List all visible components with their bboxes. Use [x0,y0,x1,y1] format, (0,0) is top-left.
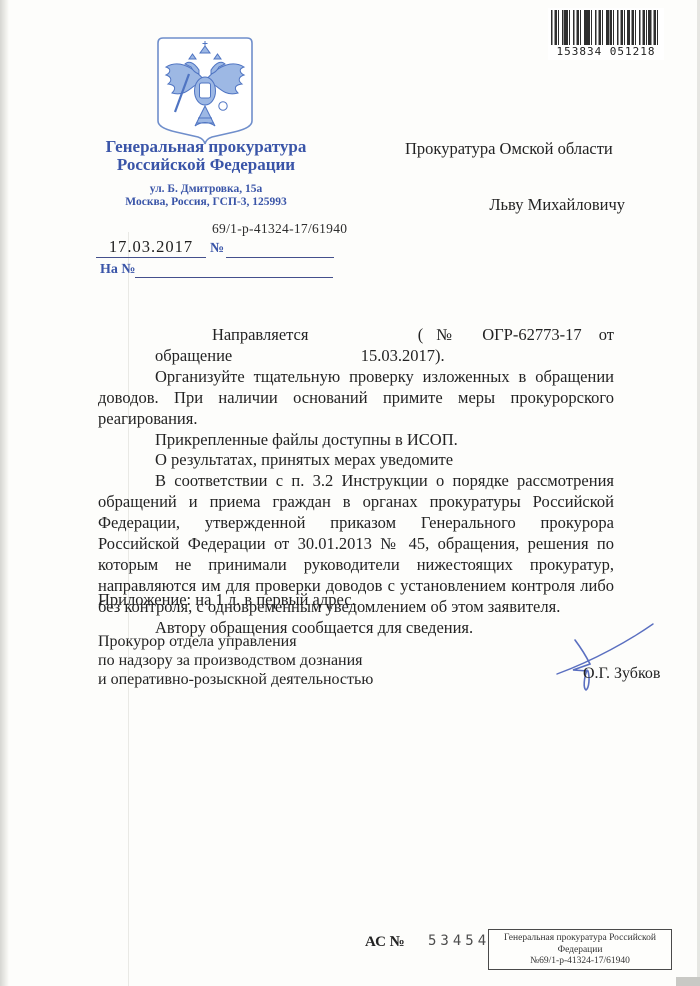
recipient-person: Льву Михайловичу [405,195,625,215]
letterhead: Генеральная прокуратура Российской Федер… [62,138,350,209]
scan-smudge [676,977,700,986]
outgoing-reference-number: 69/1-р-41324-17/61940 [212,221,347,237]
stamp-line2: Федерации [489,945,671,957]
date-value: 17.03.2017 [96,237,206,258]
barcode-bars [551,10,661,46]
barcode-digits: 153834 051218 [548,45,664,58]
scanned-letter-page: 153834 051218 [0,0,700,986]
incoming-number-line: На № [100,260,333,280]
handwritten-signature [535,612,660,700]
scan-edge-left [0,0,9,986]
signer-title-line1: Прокурор отдела управления [98,632,373,651]
paragraph-subject: Направляется обращение (№ ОГР-62773-17 о… [98,325,614,367]
signer-title-line2: по надзору за производством дознания [98,651,373,670]
number-blank-line [226,239,334,258]
attachment-note: Приложение: на 1 л. в первый адрес. [98,590,356,610]
paragraph-files: Прикрепленные файлы доступны в ИСОП. [98,430,614,451]
number-sign: № [210,241,224,257]
subject-reference: (№ ОГР-62773-17 от 15.03.2017). [361,325,614,367]
recipient-organization: Прокуратура Омской области [405,139,625,159]
date-number-line: 17.03.2017№ [96,237,334,257]
na-no-label: На № [100,262,135,277]
stamp-line1: Генеральная прокуратура Российской [489,933,671,945]
signer-title-block: Прокурор отдела управления по надзору за… [98,632,373,689]
signer-name: О.Г. Зубков [583,665,660,683]
org-address-line1: ул. Б. Дмитровка, 15а [62,183,350,196]
registration-stamp-box: Генеральная прокуратура Российской Федер… [488,929,672,970]
na-no-blank-line [135,260,333,278]
signer-title-line3: и оперативно-розыскной деятельностью [98,670,373,689]
org-address-line2: Москва, Россия, ГСП-3, 125993 [62,196,350,209]
registration-barcode: 153834 051218 [548,8,664,60]
subject-left: Направляется обращение [98,325,361,367]
org-name-line1: Генеральная прокуратура [62,138,350,156]
stamp-line3: №69/1-р-41324-17/61940 [489,956,671,968]
paragraph-notify: О результатах, принятых мерах уведомите [98,450,614,471]
ac-number-label: АС № [365,934,405,951]
russia-coat-of-arms-icon [152,33,258,147]
org-name-line2: Российской Федерации [62,156,350,174]
paragraph-instruction: Организуйте тщательную проверку изложенн… [98,367,614,430]
